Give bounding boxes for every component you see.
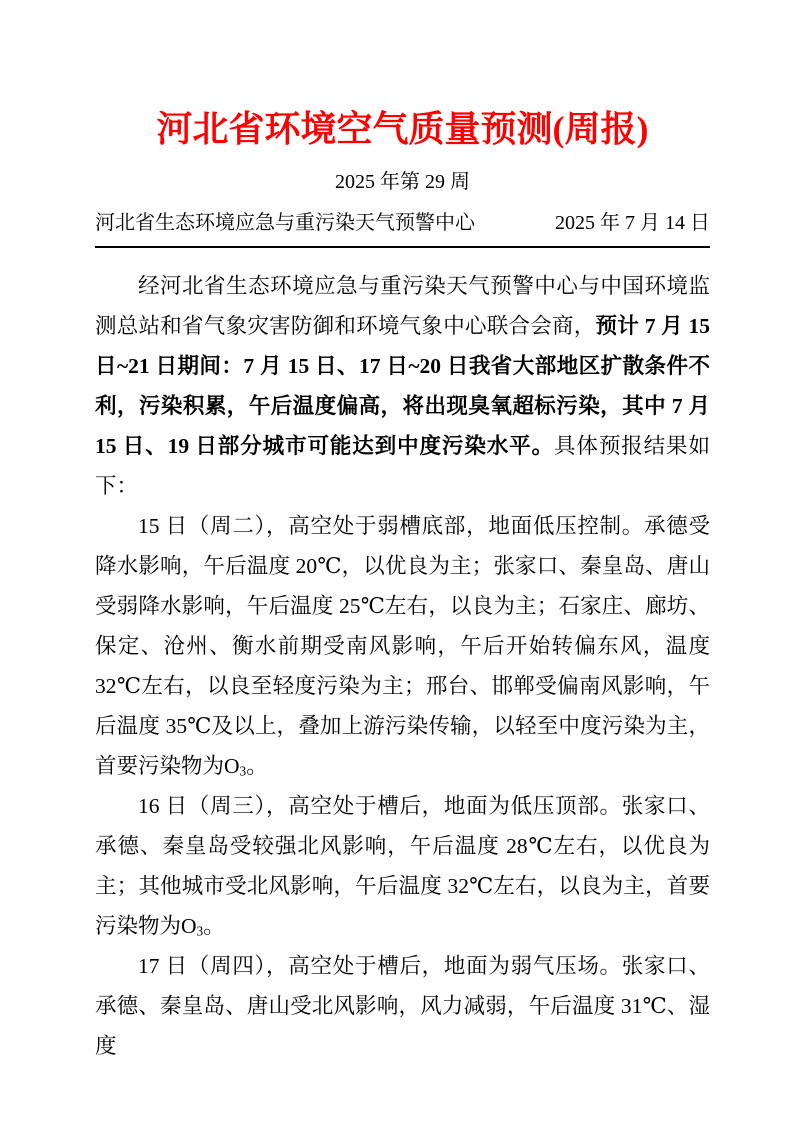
forecast-day15-text: 15 日（周二），高空处于弱槽底部，地面低压控制。承德受降水影响，午后温度 20… — [95, 514, 710, 778]
pollutant-symbol: O — [181, 914, 197, 938]
pollutant-period: 。 — [246, 754, 268, 778]
header-divider — [95, 246, 710, 248]
report-body: 经河北省生态环境应急与重污染天气预警中心与中国环境监测总站和省气象灾害防御和环境… — [95, 266, 710, 1066]
forecast-day17-text: 17 日（周四），高空处于槽后，地面为弱气压场。张家口、承德、秦皇岛、唐山受北风… — [95, 954, 710, 1058]
forecast-day16-paragraph: 16 日（周三），高空处于槽后，地面为低压顶部。张家口、承德、秦皇岛受较强北风影… — [95, 786, 710, 946]
issue-date: 2025 年 7 月 14 日 — [555, 210, 710, 236]
pollutant-period: 。 — [203, 914, 225, 938]
page-title: 河北省环境空气质量预测(周报) — [95, 0, 710, 155]
week-subtitle: 2025 年第 29 周 — [95, 169, 710, 195]
intro-paragraph: 经河北省生态环境应急与重污染天气预警中心与中国环境监测总站和省气象灾害防御和环境… — [95, 266, 710, 506]
forecast-day15-paragraph: 15 日（周二），高空处于弱槽底部，地面低压控制。承德受降水影响，午后温度 20… — [95, 506, 710, 786]
meta-row: 河北省生态环境应急与重污染天气预警中心 2025 年 7 月 14 日 — [95, 210, 710, 236]
pollutant-o3: O3。 — [224, 754, 268, 778]
forecast-day17-paragraph: 17 日（周四），高空处于槽后，地面为弱气压场。张家口、承德、秦皇岛、唐山受北风… — [95, 946, 710, 1066]
document-page: 河北省环境空气质量预测(周报) 2025 年第 29 周 河北省生态环境应急与重… — [0, 0, 793, 1122]
pollutant-symbol: O — [224, 754, 240, 778]
pollutant-o3: O3。 — [181, 914, 225, 938]
issuer-name: 河北省生态环境应急与重污染天气预警中心 — [95, 210, 475, 236]
